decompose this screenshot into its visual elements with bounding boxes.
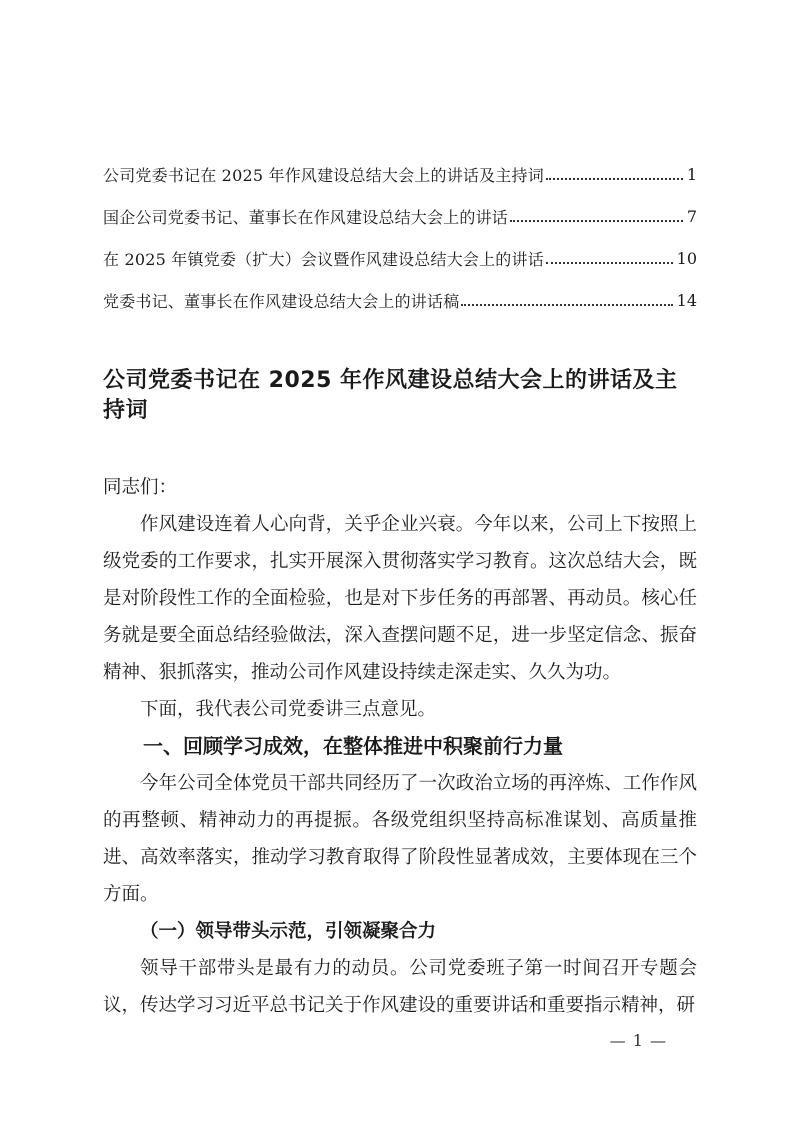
document-page: 公司党委书记在 2025 年作风建设总结大会上的讲话及主持词 1 国企公司党委书…	[0, 0, 793, 1122]
toc-item[interactable]: 国企公司党委书记、董事长在作风建设总结大会上的讲话 7	[103, 195, 697, 237]
toc-item-title: 国企公司党委书记、董事长在作风建设总结大会上的讲话	[103, 205, 508, 228]
toc-item[interactable]: 在 2025 年镇党委（扩大）会议暨作风建设总结大会上的讲话 10	[103, 237, 697, 279]
toc-dot-leader	[546, 178, 683, 180]
toc-dot-leader	[546, 262, 673, 264]
toc-item-title: 公司党委书记在 2025 年作风建设总结大会上的讲话及主持词	[103, 163, 544, 186]
paragraph: 下面，我代表公司党委讲三点意见。	[103, 691, 697, 728]
section-heading: 一、回顾学习成效，在整体推进中积聚前行力量	[103, 728, 697, 765]
salutation: 同志们：	[103, 469, 697, 506]
toc-page-number: 10	[677, 249, 697, 268]
toc-dot-leader	[510, 220, 683, 222]
subsection-heading: （一）领导带头示范，引领凝聚合力	[103, 913, 697, 950]
toc-dot-leader	[461, 304, 672, 306]
toc-page-number: 14	[677, 291, 697, 310]
paragraph: 今年公司全体党员干部共同经历了一次政治立场的再淬炼、工作作风的再整顿、精神动力的…	[103, 765, 697, 913]
toc-item-title: 在 2025 年镇党委（扩大）会议暨作风建设总结大会上的讲话	[103, 247, 544, 270]
toc-item[interactable]: 党委书记、董事长在作风建设总结大会上的讲话稿 14	[103, 279, 697, 321]
page-number-footer: — 1 —	[103, 1031, 667, 1050]
article-body: 同志们： 作风建设连着人心向背，关乎企业兴衰。今年以来，公司上下按照上级党委的工…	[103, 469, 697, 1024]
paragraph: 作风建设连着人心向背，关乎企业兴衰。今年以来，公司上下按照上级党委的工作要求，扎…	[103, 506, 697, 691]
toc-page-number: 7	[687, 207, 697, 226]
paragraph: 领导干部带头是最有力的动员。公司党委班子第一时间召开专题会议，传达学习习近平总书…	[103, 950, 697, 1024]
table-of-contents: 公司党委书记在 2025 年作风建设总结大会上的讲话及主持词 1 国企公司党委书…	[103, 153, 697, 321]
toc-item[interactable]: 公司党委书记在 2025 年作风建设总结大会上的讲话及主持词 1	[103, 153, 697, 195]
toc-item-title: 党委书记、董事长在作风建设总结大会上的讲话稿	[103, 289, 459, 312]
toc-page-number: 1	[687, 165, 697, 184]
document-title: 公司党委书记在 2025 年作风建设总结大会上的讲话及主持词	[103, 366, 697, 426]
